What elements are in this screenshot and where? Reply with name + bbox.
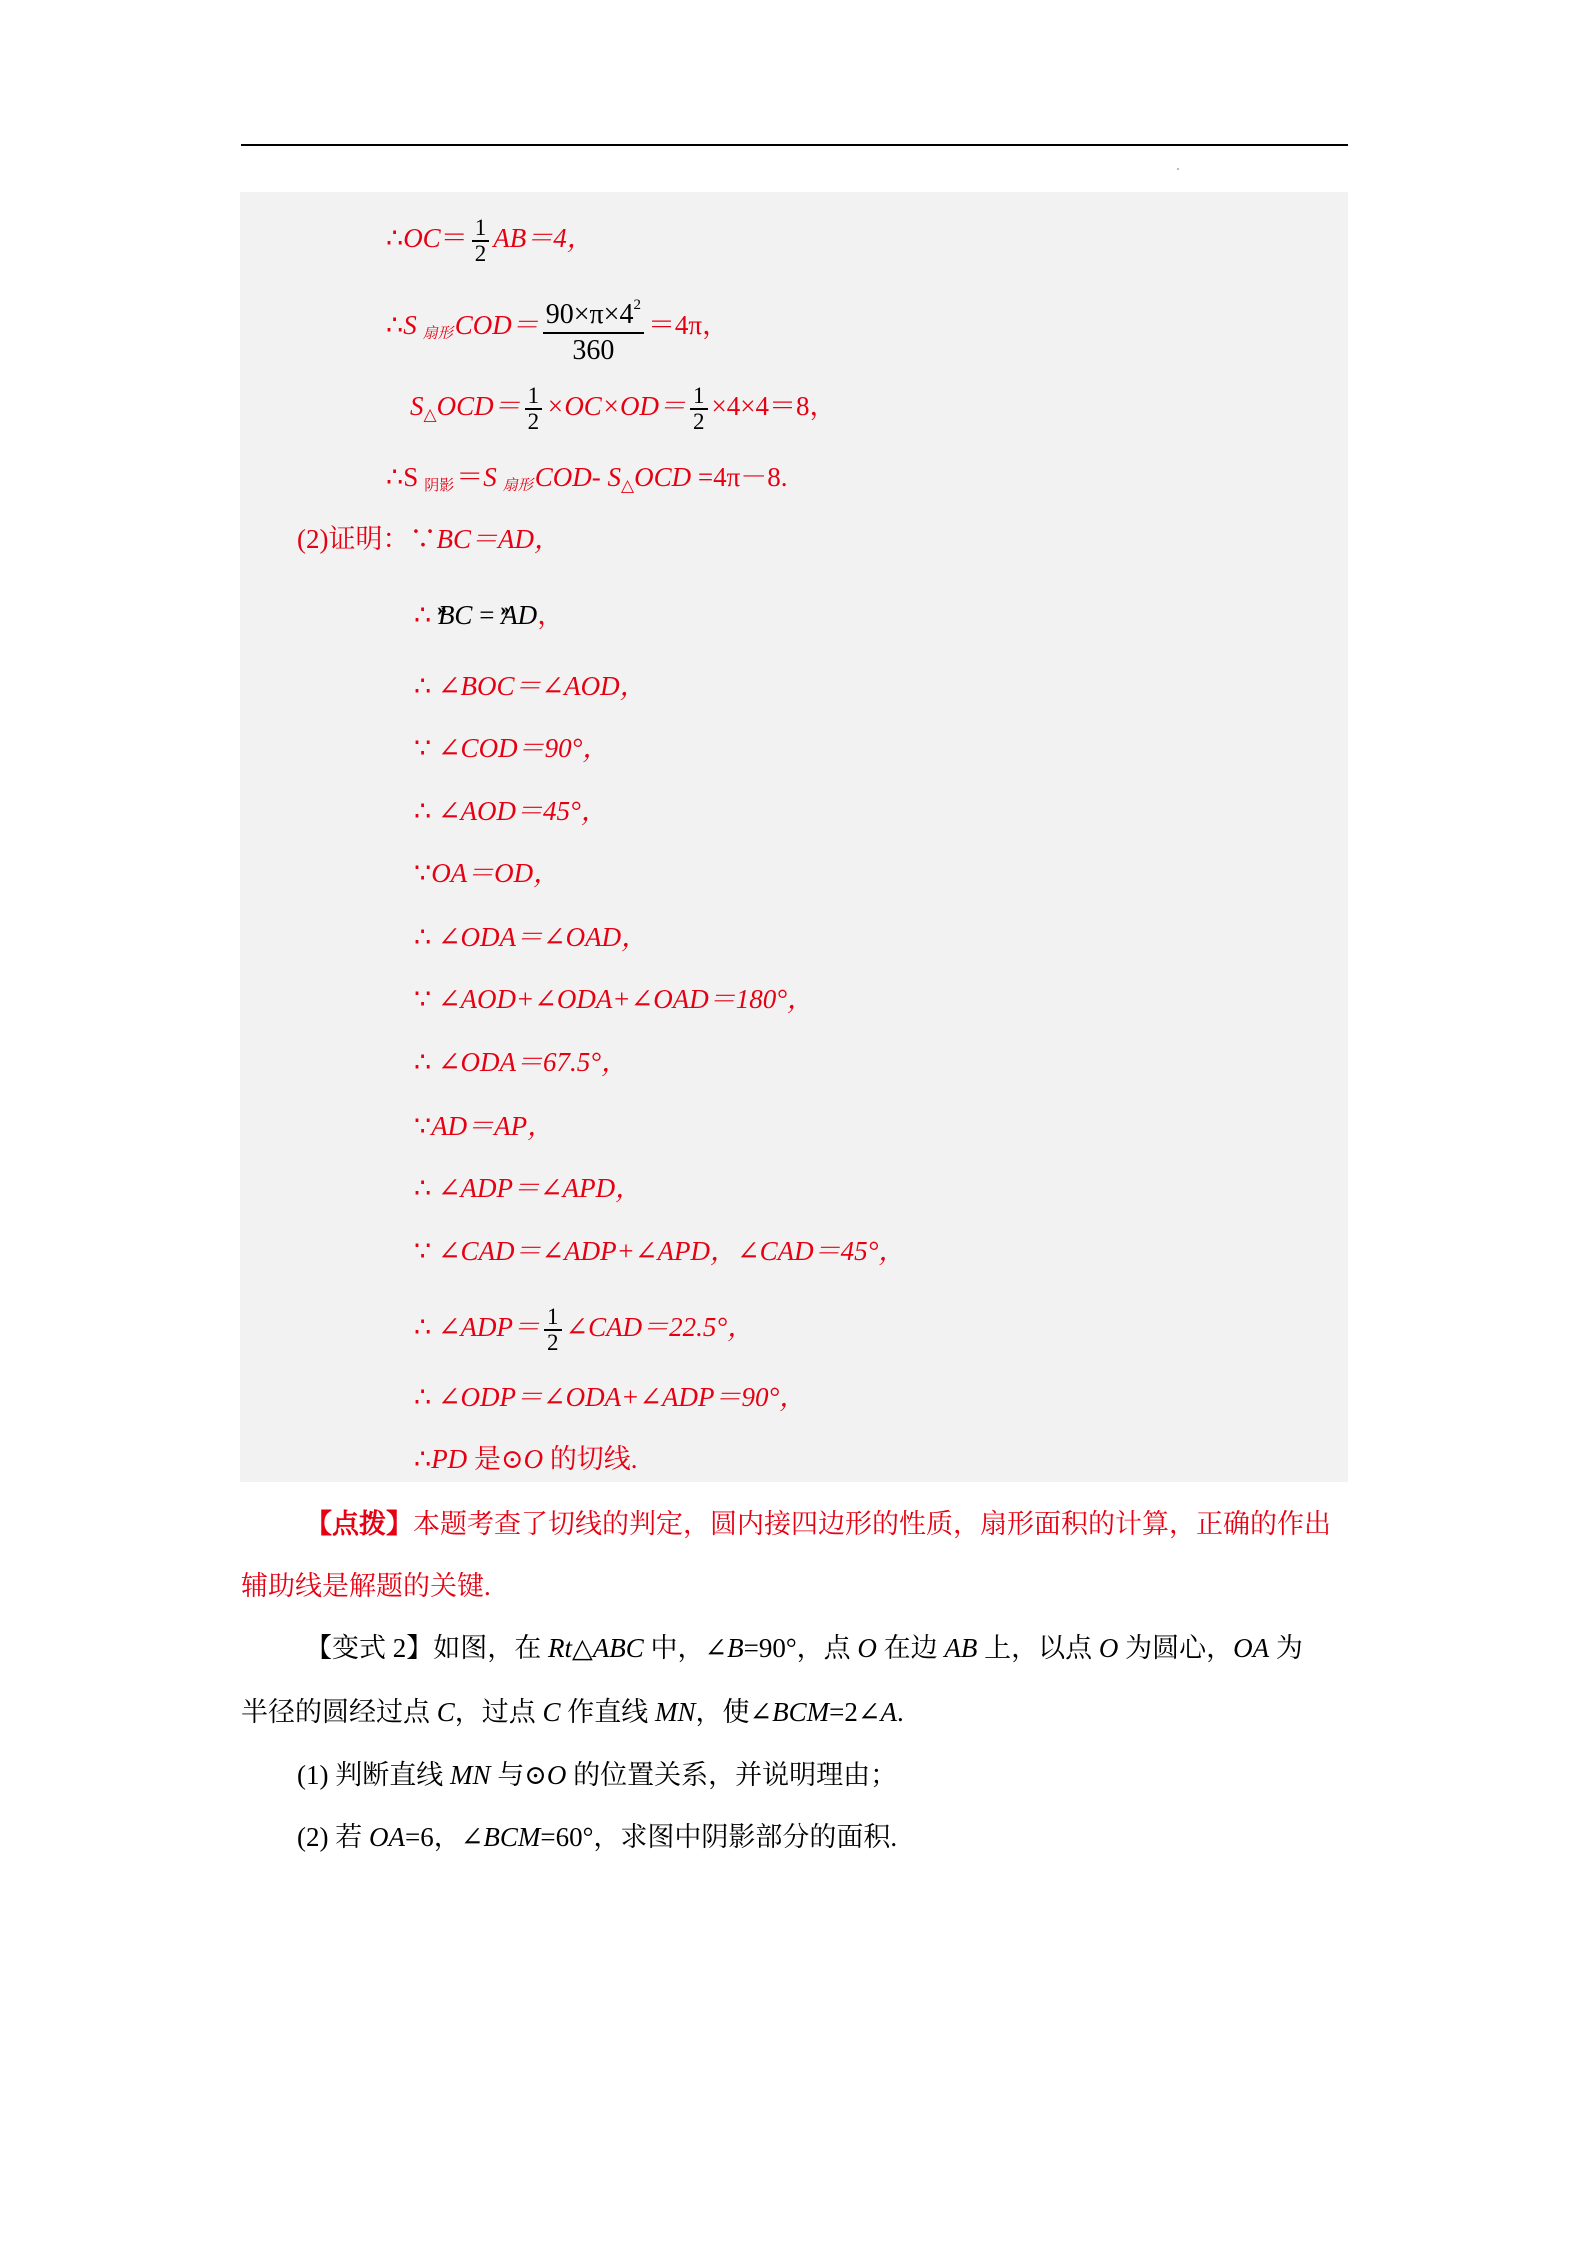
math-text: AB＝4，	[493, 223, 594, 253]
hint-line-1: 【点拨】本题考查了切线的判定，圆内接四边形的性质，扇形面积的计算，正确的作出	[305, 1507, 1413, 1541]
header-rule	[241, 144, 1348, 146]
arc-icon: »»	[500, 592, 502, 626]
therefore-symbol: ∴	[386, 462, 403, 492]
proof-step: ∵ ∠COD＝90°，	[414, 731, 609, 765]
fraction: 12	[525, 384, 543, 434]
solution-line-triangle-area: S△OCD＝12×OC×OD＝12×4×4＝8，	[410, 384, 837, 434]
arc-icon: »»	[437, 592, 439, 626]
proof-step: ∴ ∠ADP＝∠APD，	[414, 1171, 642, 1205]
proof-step: ∴ ∠BOC＝∠AOD，	[414, 669, 647, 703]
proof-step: ∴ ∠ODA＝67.5°，	[414, 1045, 628, 1079]
proof-step: ∵ ∠AOD+∠ODA+∠OAD＝180°，	[414, 982, 814, 1016]
solution-line-sector-area: ∴S扇形COD＝90×π×42360＝4π，	[386, 288, 729, 368]
proof-step: ∴ ∠AOD＝45°，	[414, 794, 608, 828]
variant-question-2: (2) 若 OA=6，∠BCM=60°，求图中阴影部分的面积.	[297, 1820, 1405, 1854]
variant-line-2: 半径的圆经过点 C，过点 C 作直线 MN，使∠BCM=2∠A.	[241, 1695, 1349, 1729]
variant-label: 【变式 2】	[305, 1633, 433, 1663]
proof-heading: (2)证明：∵BC＝AD，	[297, 522, 561, 556]
arc-bc: »»BC	[438, 598, 473, 632]
proof-step: ∴ ∠ODP＝∠ODA+∠ADP＝90°，	[414, 1380, 806, 1414]
therefore-symbol: ∴	[386, 310, 403, 340]
proof-conclusion: ∴PD 是⊙O 的切线.	[414, 1442, 638, 1476]
hint-line-2: 辅助线是解题的关键.	[241, 1569, 1349, 1603]
solution-line-shaded-area: ∴S阴影＝S扇形COD- S△OCD =4π－8.	[386, 460, 787, 503]
proof-step: ∵ ∠CAD＝∠ADP+∠APD，∠CAD＝45°，	[414, 1234, 905, 1268]
hint-label: 【点拨】	[305, 1509, 413, 1539]
math-text: OC	[403, 223, 441, 253]
proof-step-half: ∴ ∠ADP＝12∠CAD＝22.5°，	[414, 1305, 754, 1355]
variant-question-1: (1) 判断直线 MN 与⊙O 的位置关系，并说明理由；	[297, 1758, 1405, 1792]
fraction: 12	[544, 1305, 562, 1355]
circle-symbol: ⊙	[501, 1444, 524, 1474]
circle-symbol: ⊙	[524, 1760, 547, 1790]
fraction: 12	[690, 384, 708, 434]
because-symbol: ∵	[409, 524, 436, 554]
solution-line-oc: ∴OC＝12AB＝4，	[386, 216, 594, 266]
proof-arc-line: ∴ »»BC = »»AD，	[414, 598, 564, 632]
proof-step: ∵AD＝AP，	[414, 1109, 554, 1143]
variant-line-1: 【变式 2】如图，在 Rt△ABC 中，∠B=90°，点 O 在边 AB 上，以…	[305, 1631, 1413, 1665]
proof-step: ∴ ∠ODA＝∠OAD，	[414, 920, 648, 954]
arc-ad: »»AD	[501, 598, 537, 632]
math-text: ＝	[441, 223, 468, 253]
fraction: 90×π×42360	[543, 288, 644, 368]
fraction: 12	[472, 216, 490, 266]
therefore-symbol: ∴	[386, 223, 403, 253]
proof-step: ∵OA＝OD，	[414, 856, 560, 890]
header-mark	[1177, 168, 1179, 170]
therefore-symbol: ∴	[414, 600, 431, 630]
subscript: 扇形	[423, 326, 453, 342]
